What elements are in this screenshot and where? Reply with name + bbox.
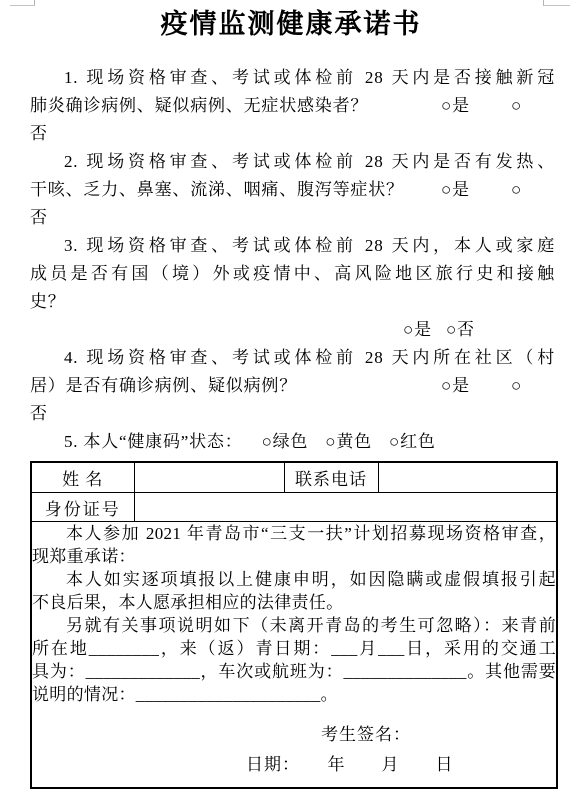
declaration-cell: 本人参加 2021 年青岛市“三支一扶”计划招募现场资格审查， 现郑重承诺： 本…	[31, 522, 557, 789]
name-value-cell[interactable]	[134, 462, 284, 493]
q1-radio-yes[interactable]: ○是	[441, 92, 470, 120]
decl-line2: 现郑重承诺：	[32, 545, 556, 568]
document-title: 疫情监测健康承诺书	[0, 0, 582, 64]
q3-radio-yes[interactable]: ○是	[403, 320, 432, 339]
q2-radio-no-circle[interactable]: ○	[511, 176, 522, 204]
q4-radio-no-label[interactable]: 否	[30, 400, 555, 428]
cropped-table-mark-right	[543, 0, 570, 6]
q3-line3: 史？	[30, 288, 555, 316]
q1-radio-no-circle[interactable]: ○	[511, 92, 522, 120]
q2-radio-yes[interactable]: ○是	[441, 176, 470, 204]
q5-radio-yellow[interactable]: ○黄色	[325, 432, 372, 451]
q5-health-code: 5. 本人“健康码”状态： ○绿色 ○黄色 ○红色	[30, 428, 555, 456]
transport-flight-blank-line[interactable]: 具为：_____________，车次或航班为：______________。其…	[32, 660, 556, 683]
id-number-value-cell[interactable]	[134, 493, 557, 522]
q4-radio-no-circle[interactable]: ○	[511, 372, 522, 400]
decl-line1: 本人参加 2021 年青岛市“三支一扶”计划招募现场资格审查，	[32, 522, 556, 545]
q2-radio-no-label[interactable]: 否	[30, 204, 555, 232]
id-number-label: 身份证号	[31, 493, 134, 522]
name-label: 姓 名	[31, 462, 134, 493]
q5-text: 5. 本人“健康码”状态：	[64, 432, 243, 451]
q3-line1: 3. 现场资格审查、考试或体检前 28 天内，本人或家庭	[30, 232, 555, 260]
q2-line1: 2. 现场资格审查、考试或体检前 28 天内是否有发热、	[30, 148, 555, 176]
q4-text: 居）是否有确诊病例、疑似病例？	[30, 376, 297, 395]
personal-info-table: 姓 名 联系电话 身份证号 本人参加 2021 年青岛市“三支一扶”计划招募现场…	[30, 461, 558, 789]
questionnaire: 1. 现场资格审查、考试或体检前 28 天内是否接触新冠 肺炎确诊病例、疑似病例…	[30, 64, 555, 456]
q2-line2: 干咳、乏力、鼻塞、流涕、咽痛、腹泻等症状？ ○是 ○	[30, 176, 555, 204]
travel-origin-date-blank-line[interactable]: 所在地________，来（返）青日期：___月___日，采用的交通工	[32, 637, 556, 660]
q1-line1: 1. 现场资格审查、考试或体检前 28 天内是否接触新冠	[30, 64, 555, 92]
phone-value-cell[interactable]	[378, 462, 557, 493]
q1-radio-no-label[interactable]: 否	[30, 120, 555, 148]
q4-radio-yes[interactable]: ○是	[441, 372, 470, 400]
q5-radio-red[interactable]: ○红色	[389, 432, 436, 451]
q3-line2: 成员是否有国（境）外或疫情中、高风险地区旅行史和接触	[30, 260, 555, 288]
candidate-signature-line[interactable]: 考生签名：	[321, 723, 556, 747]
q5-radio-green[interactable]: ○绿色	[262, 432, 309, 451]
q3-radio-no[interactable]: ○否	[446, 320, 475, 339]
phone-label: 联系电话	[284, 462, 378, 493]
q4-line2: 居）是否有确诊病例、疑似病例？ ○是 ○	[30, 372, 555, 400]
q2-text: 干咳、乏力、鼻塞、流涕、咽痛、腹泻等症状？	[30, 180, 404, 199]
other-info-blank-line[interactable]: 说明的情况：_____________________。	[32, 683, 556, 706]
decl-line5: 另就有关事项说明如下（未离开青岛的考生可忽略）：来青前	[32, 614, 556, 637]
q4-line1: 4. 现场资格审查、考试或体检前 28 天内所在社区（村	[30, 344, 555, 372]
decl-line3: 本人如实逐项填报以上健康申明，如因隐瞒或虚假填报引起	[32, 568, 556, 591]
q3-answers: ○是 ○否	[30, 316, 555, 344]
signature-date-line[interactable]: 日期： 年 月 日	[246, 753, 556, 777]
health-declaration-document: 疫情监测健康承诺书 1. 现场资格审查、考试或体检前 28 天内是否接触新冠 肺…	[0, 0, 582, 807]
q1-line2: 肺炎确诊病例、疑似病例、无症状感染者？ ○是 ○	[30, 92, 555, 120]
decl-line4: 不良后果，本人愿承担相应的法律责任。	[32, 591, 556, 614]
q1-text: 肺炎确诊病例、疑似病例、无症状感染者？	[30, 96, 368, 115]
declaration-text: 本人参加 2021 年青岛市“三支一扶”计划招募现场资格审查， 现郑重承诺： 本…	[32, 522, 556, 706]
cropped-table-mark-left	[10, 0, 35, 6]
